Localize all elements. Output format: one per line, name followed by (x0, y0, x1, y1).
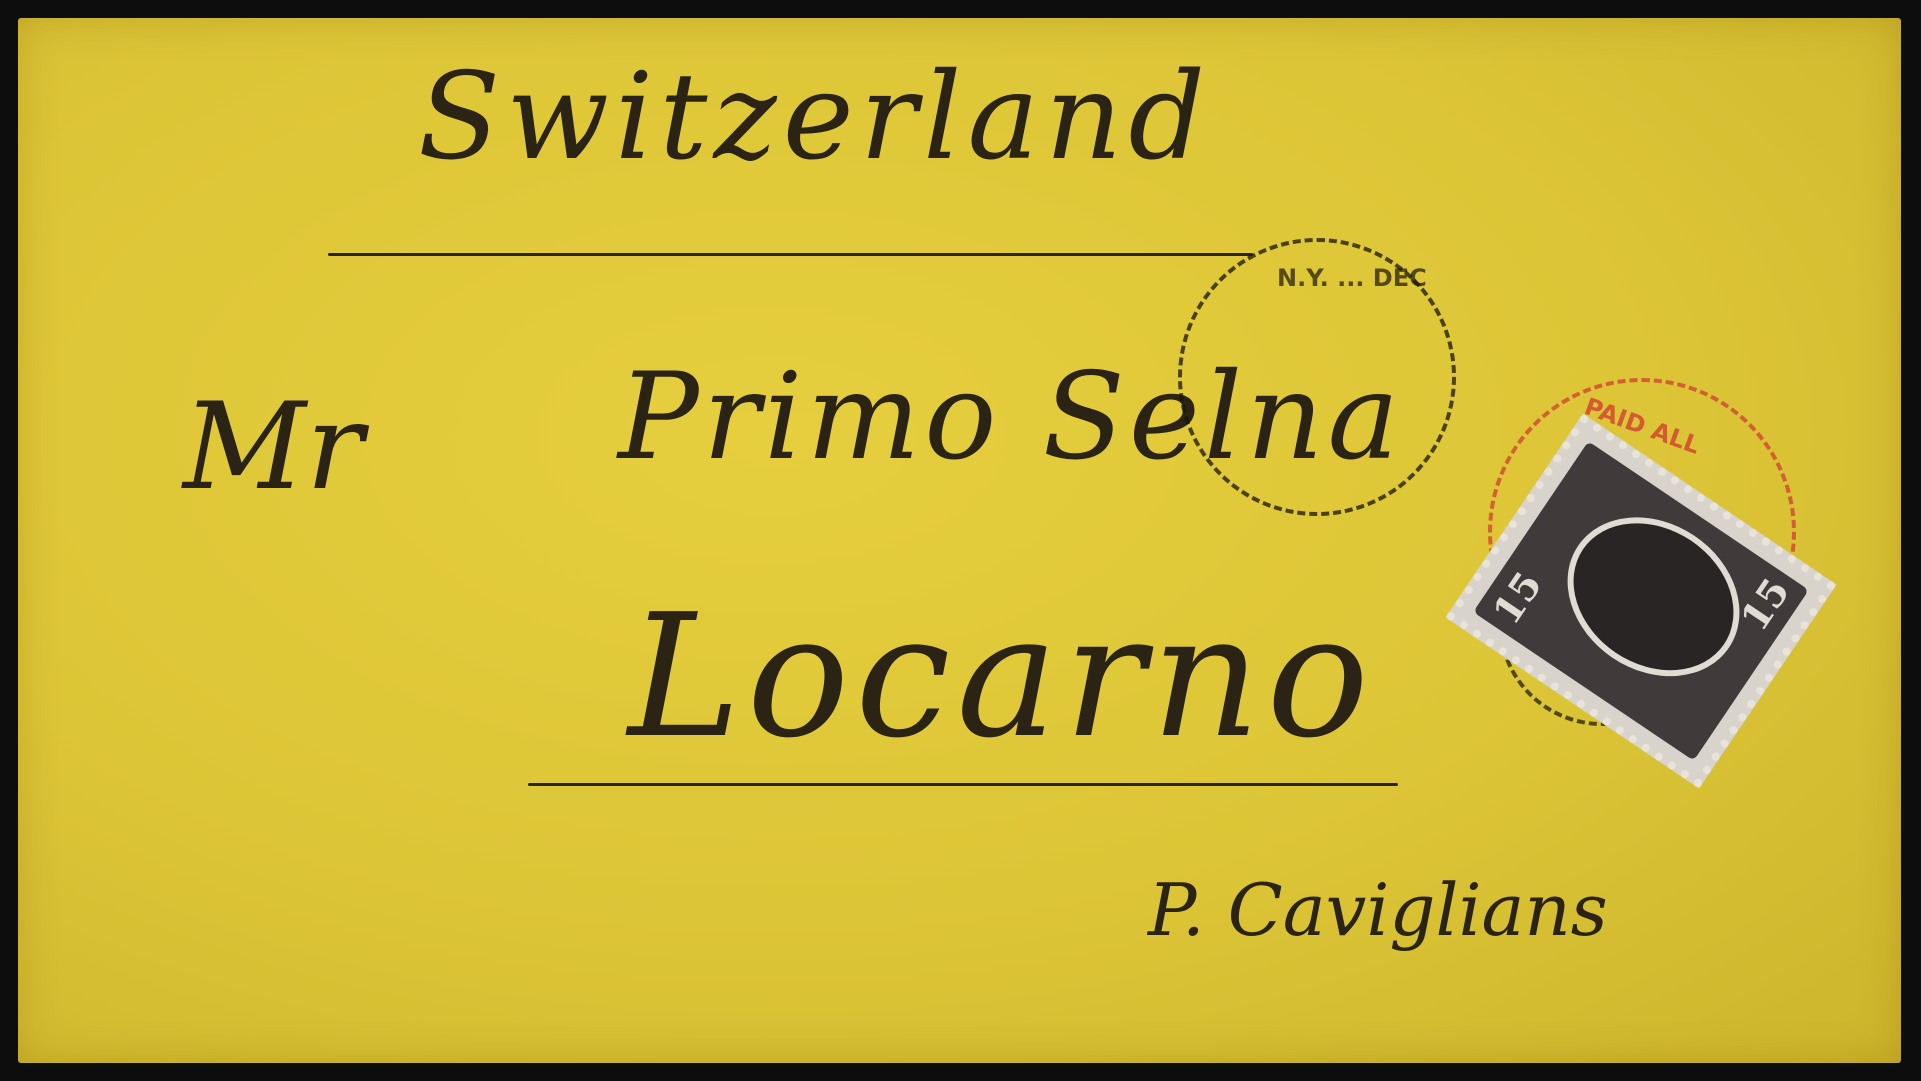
black-postmark: N.Y. ... DEC (1178, 238, 1456, 516)
stamp-denomination-bottom: 15 (1731, 570, 1798, 639)
envelope: Switzerland Mr Primo Selna Locarno P. Ca… (18, 18, 1901, 1063)
underline-city (528, 783, 1398, 786)
sender-signature: P. Caviglians (1148, 868, 1608, 952)
stamp-portrait (1537, 485, 1770, 709)
destination-country: Switzerland (418, 48, 1211, 187)
underline-destination (328, 253, 1253, 256)
addressee-title: Mr (183, 378, 363, 517)
city: Locarno (628, 578, 1375, 776)
stamp-denomination-top: 15 (1484, 563, 1551, 632)
black-postmark-text: N.Y. ... DEC (1277, 264, 1427, 292)
